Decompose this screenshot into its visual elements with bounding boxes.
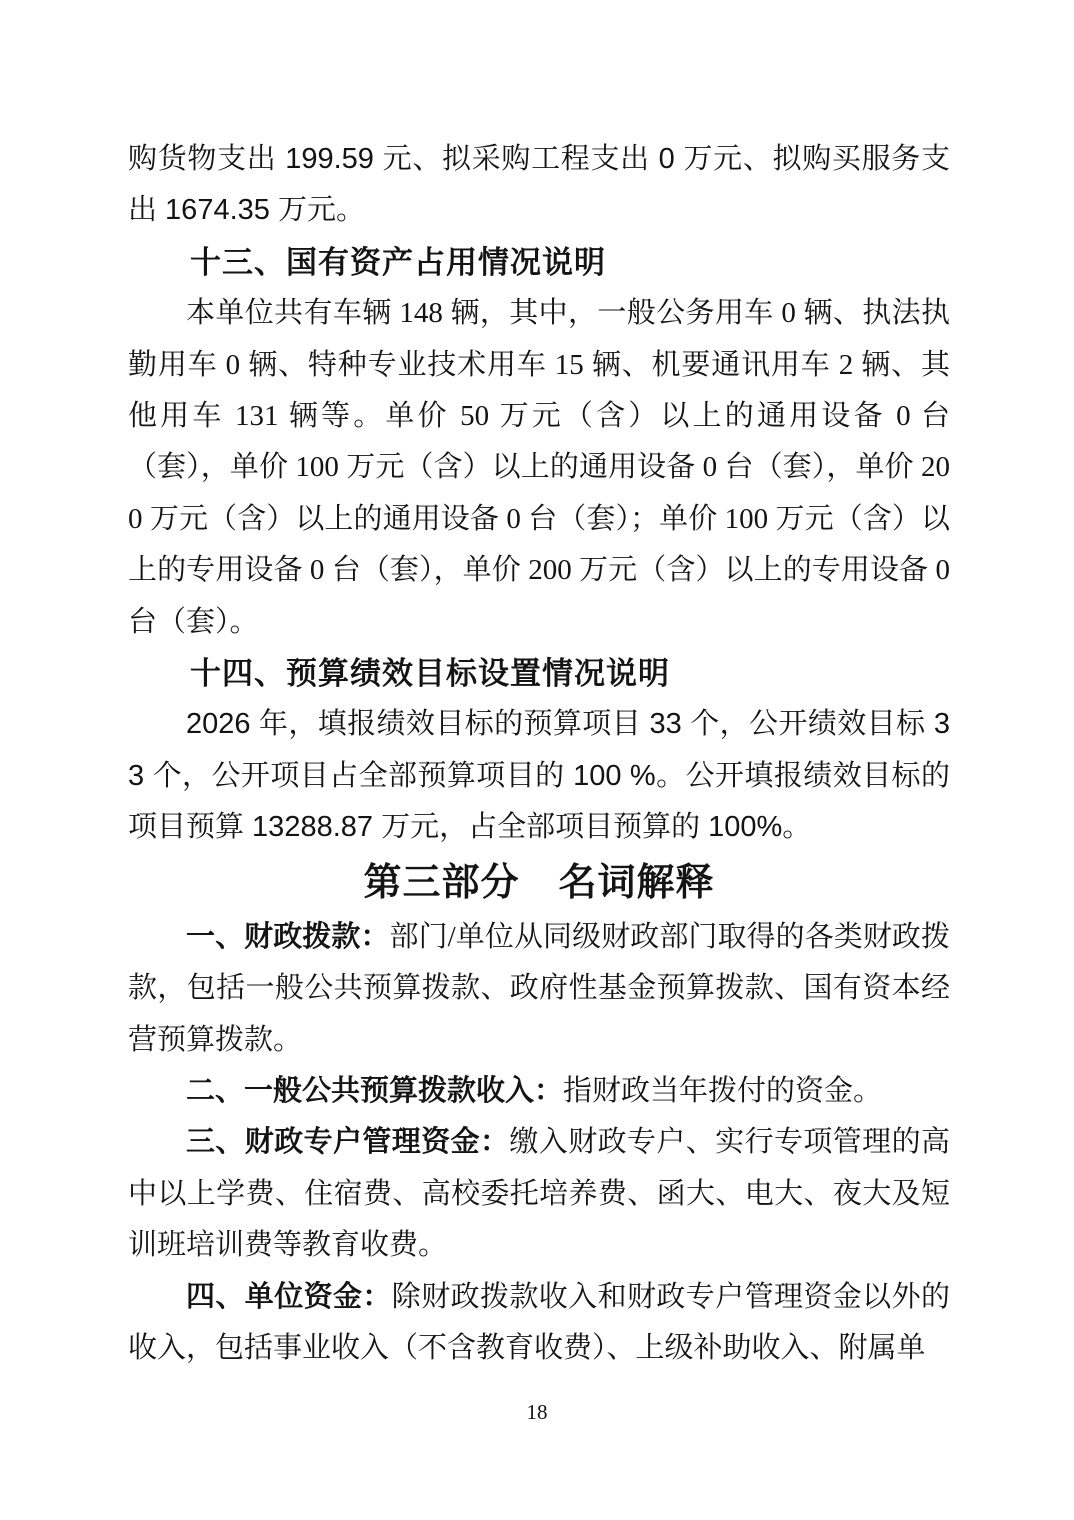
paragraph: 2026 年，填报绩效目标的预算项目 33 个，公开绩效目标 33 个，公开项目… xyxy=(128,699,950,853)
paragraph: 三、财政专户管理资金：缴入财政专户、实行专项管理的高中以上学费、住宿费、高校委托… xyxy=(128,1117,950,1271)
part-title: 第三部分 名词解释 xyxy=(128,854,950,912)
term-label: 四、单位资金： xyxy=(186,1281,392,1313)
paragraph: 购货物支出 199.59 元、拟采购工程支出 0 万元、拟购买服务支出 1674… xyxy=(128,134,950,237)
term-label: 三、财政专户管理资金： xyxy=(186,1126,509,1158)
paragraph: 一、财政拨款：部门/单位从同级财政部门取得的各类财政拨款，包括一般公共预算拨款、… xyxy=(128,912,950,1066)
paragraph: 二、一般公共预算拨款收入：指财政当年拨付的资金。 xyxy=(128,1066,950,1117)
term-definition: 指财政当年拨付的资金。 xyxy=(563,1075,882,1107)
term-label: 二、一般公共预算拨款收入： xyxy=(186,1075,563,1107)
term-label: 一、财政拨款： xyxy=(186,921,390,953)
section-heading: 十三、国有资产占用情况说明 xyxy=(128,237,950,288)
paragraph: 四、单位资金：除财政拨款收入和财政专户管理资金以外的收入，包括事业收入（不含教育… xyxy=(128,1272,950,1375)
paragraph: 本单位共有车辆 148 辆，其中，一般公务用车 0 辆、执法执勤用车 0 辆、特… xyxy=(128,288,950,648)
page-number: 18 xyxy=(0,1398,1074,1426)
section-heading: 十四、预算绩效目标设置情况说明 xyxy=(128,648,950,699)
document-page: 购货物支出 199.59 元、拟采购工程支出 0 万元、拟购买服务支出 1674… xyxy=(0,0,1074,1520)
document-content: 购货物支出 199.59 元、拟采购工程支出 0 万元、拟购买服务支出 1674… xyxy=(128,134,950,1374)
